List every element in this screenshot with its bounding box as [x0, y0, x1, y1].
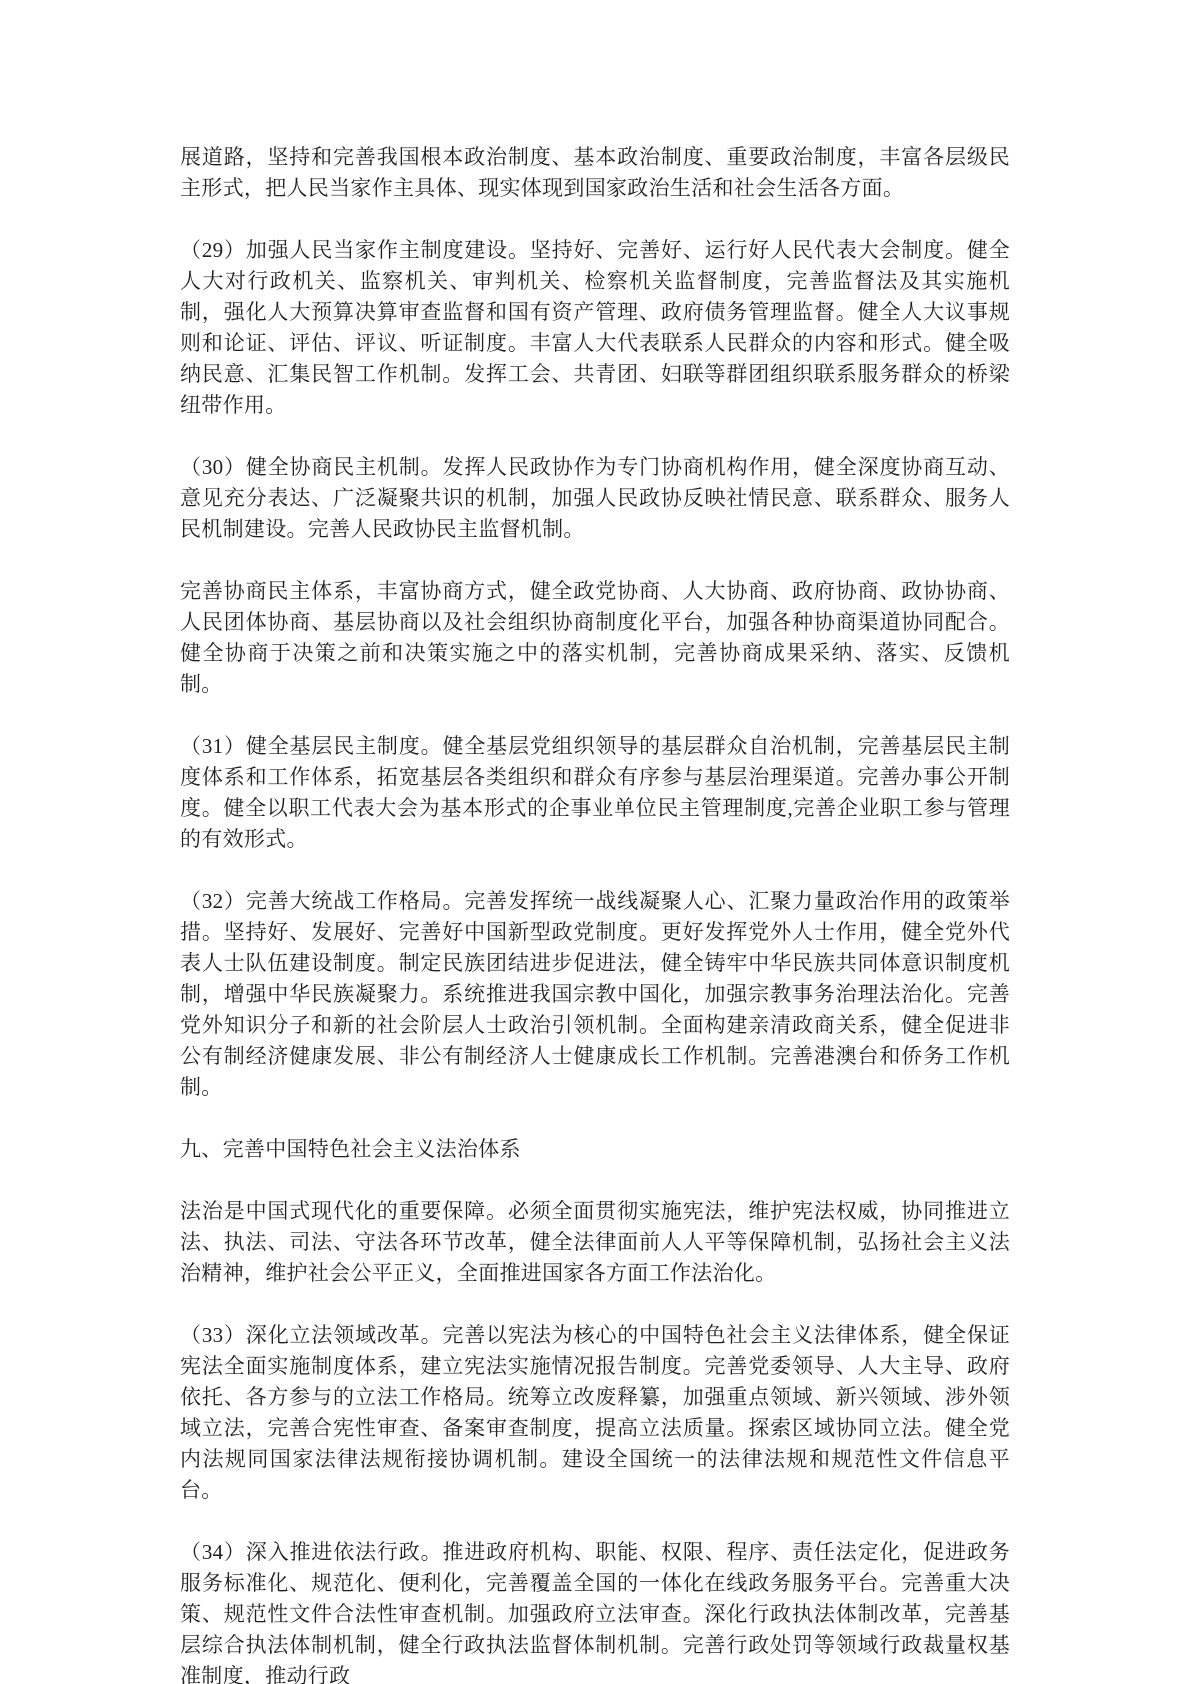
body-paragraph: 展道路，坚持和完善我国根本政治制度、基本政治制度、重要政治制度，丰富各层级民主形…	[180, 142, 1010, 204]
document-content: 展道路，坚持和完善我国根本政治制度、基本政治制度、重要政治制度，丰富各层级民主形…	[180, 142, 1010, 1684]
body-paragraph: （30）健全协商民主机制。发挥人民政协作为专门协商机构作用，健全深度协商互动、意…	[180, 452, 1010, 545]
body-paragraph: （34）深入推进依法行政。推进政府机构、职能、权限、程序、责任法定化，促进政务服…	[180, 1537, 1010, 1684]
section-heading: 九、完善中国特色社会主义法治体系	[180, 1134, 1010, 1165]
document-page: 展道路，坚持和完善我国根本政治制度、基本政治制度、重要政治制度，丰富各层级民主形…	[0, 0, 1191, 1684]
body-paragraph: 法治是中国式现代化的重要保障。必须全面贯彻实施宪法，维护宪法权威，协同推进立法、…	[180, 1196, 1010, 1289]
body-paragraph: 完善协商民主体系，丰富协商方式，健全政党协商、人大协商、政府协商、政协协商、人民…	[180, 576, 1010, 700]
body-paragraph: （29）加强人民当家作主制度建设。坚持好、完善好、运行好人民代表大会制度。健全人…	[180, 235, 1010, 421]
body-paragraph: （32）完善大统战工作格局。完善发挥统一战线凝聚人心、汇聚力量政治作用的政策举措…	[180, 886, 1010, 1103]
body-paragraph: （31）健全基层民主制度。健全基层党组织领导的基层群众自治机制，完善基层民主制度…	[180, 731, 1010, 855]
body-paragraph: （33）深化立法领域改革。完善以宪法为核心的中国特色社会主义法律体系，健全保证宪…	[180, 1320, 1010, 1506]
